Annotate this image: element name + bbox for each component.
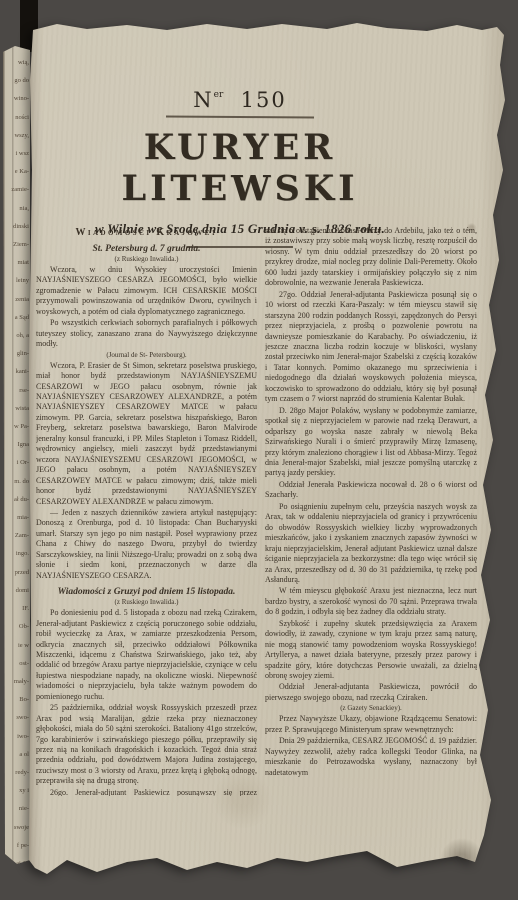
body-paragraph: Dnia 29 października, CESARZ JEGOMOŚĆ d.…: [265, 736, 477, 778]
body-paragraph: 25 października, oddział woysk Rossyyski…: [36, 703, 257, 787]
edge-fragment: wszy,: [5, 127, 29, 145]
edge-fragment: leiny: [5, 272, 29, 290]
edge-fragment: swoje: [5, 819, 29, 837]
body-paragraph: — Jeden z naszych dzienników zawiera art…: [36, 508, 257, 581]
edge-fragment: ingo.: [5, 545, 29, 563]
edge-fragment: m. do: [5, 473, 29, 491]
body-paragraph: D. 28go Major Polaków, wysłany w podobny…: [265, 406, 477, 479]
edge-fragment: wista: [5, 400, 29, 418]
section-heading: Wiadomości Krajowe:: [36, 227, 257, 238]
underlying-page-edge: wią,go dowino-nościwszy,i wsze Ka-zamie-…: [3, 46, 30, 864]
edge-fragment: glin-: [5, 345, 29, 363]
edge-fragment: go do: [5, 72, 29, 90]
edge-fragment: wią,: [5, 54, 29, 72]
edge-fragment: iwo-: [5, 728, 29, 746]
edge-fragment: IF.: [5, 600, 29, 618]
edge-fragment: zamie-: [5, 181, 29, 199]
issue-number: Ner 150: [27, 88, 453, 112]
edge-fragment: rse-: [5, 382, 29, 400]
columns-container: Wiadomości Krajowe:St. Petersburg d. 7 g…: [36, 226, 477, 796]
issue-superscript: er: [214, 90, 224, 100]
body-paragraph: Oddział Jenerał-adjutanta Paskiewicza, p…: [265, 682, 477, 703]
body-paragraph: nał się o odstąpieniu Abbasa-Mirzy do Ar…: [265, 226, 477, 289]
edge-fragment: f pe-: [5, 837, 29, 855]
divider-rule: [166, 115, 314, 118]
edge-fragment: wino-: [5, 90, 29, 108]
body-paragraph: Szybkość i zupełny skutek przedsięwzięci…: [265, 619, 477, 682]
body-paragraph: Po wszystkich cerkwiach sobornych parafi…: [36, 318, 257, 349]
masthead: Ner 150 KURYER LITEWSKI w Wilnie we Srod…: [27, 88, 453, 248]
body-paragraph: 26go. Jenerał-adjutant Paskiewicz posuną…: [36, 788, 257, 796]
body-paragraph: Po osiągnieniu zupełnym celu, przeyścia …: [265, 502, 477, 586]
photo-background: wią,go dowino-nościwszy,i wsze Ka-zamie-…: [0, 0, 518, 900]
right-column: nał się o odstąpieniu Abbasa-Mirzy do Ar…: [265, 226, 477, 796]
edge-fragment: miat: [5, 254, 29, 272]
edge-fragment: dinski: [5, 218, 29, 236]
edge-fragment: ost-: [5, 655, 29, 673]
body-paragraph: Oddział Jenerała Paskiewicza nocował d. …: [265, 480, 477, 501]
edge-fragment: ie w: [5, 637, 29, 655]
newspaper-page-wrap: Ner 150 KURYER LITEWSKI w Wilnie we Srod…: [27, 20, 507, 888]
edge-fragment: Ob-: [5, 618, 29, 636]
newspaper-page: Ner 150 KURYER LITEWSKI w Wilnie we Srod…: [27, 20, 505, 886]
body-paragraph: Przez Naywyższe Ukazy, objawione Rządząc…: [265, 714, 477, 735]
edge-fragment: Igna: [5, 436, 29, 454]
edge-fragment: e Ka-: [5, 163, 29, 181]
edge-fragment: i wsz: [5, 145, 29, 163]
edge-fragment: xy i: [5, 782, 29, 800]
edge-fragment: Bo-: [5, 691, 29, 709]
body-paragraph: Po doniesieniu pod d. 5 listopada z oboz…: [36, 608, 257, 702]
source-attribution: (z Ruskiego Inwalida.): [36, 255, 257, 263]
edge-fragment: w Pa-: [5, 418, 29, 436]
issue-value: 150: [241, 88, 287, 112]
edge-fragment: ności: [5, 109, 29, 127]
source-attribution: (z Gazety Senackiey).: [265, 704, 477, 712]
edge-fragment: zenia: [5, 291, 29, 309]
edge-fragment: a Sąd: [5, 309, 29, 327]
article-heading: Wiadomości z Gruzyi pod dniem 15 listopa…: [36, 587, 257, 597]
edge-text-fragments: wią,go dowino-nościwszy,i wsze Ka-zamie-…: [5, 54, 29, 864]
edge-fragment: mały-: [5, 673, 29, 691]
newspaper-title: KURYER LITEWSKI: [27, 127, 453, 209]
edge-fragment: i Or-: [5, 454, 29, 472]
article-place-date: St. Petersburg d. 7 grudnia.: [36, 244, 257, 254]
body-paragraph: Wczora, w dniu Wysokiey uroczystości Imi…: [36, 265, 257, 317]
edge-fragment: a ol: [5, 746, 29, 764]
issue-prefix: N: [193, 88, 213, 112]
edge-fragment: ał du-: [5, 491, 29, 509]
edge-fragment: redy-: [5, 764, 29, 782]
edge-fragment: kani-: [5, 363, 29, 381]
edge-fragment: oh, a: [5, 327, 29, 345]
edge-fragment: ai 18: [5, 855, 29, 864]
left-column: Wiadomości Krajowe:St. Petersburg d. 7 g…: [36, 226, 257, 796]
edge-fragment: Ziem-: [5, 236, 29, 254]
body-paragraph: 27go. Oddział Jenerał-adjutanta Paskiewi…: [265, 290, 477, 405]
body-paragraph: W tém mieyscu głębokość Araxu jest niezn…: [265, 586, 477, 617]
source-attribution: (Journal de St- Petersbourg).: [36, 351, 257, 359]
body-paragraph: Wczora, P. Erasier de St Simon, sekretar…: [36, 361, 257, 507]
source-attribution: (z Ruskiego Inwalida.): [36, 598, 257, 606]
edge-fragment: nia,: [5, 200, 29, 218]
edge-fragment: Zam-: [5, 527, 29, 545]
edge-fragment: nie-: [5, 800, 29, 818]
edge-fragment: mia-: [5, 509, 29, 527]
edge-fragment: przed: [5, 564, 29, 582]
edge-fragment: swo-: [5, 709, 29, 727]
edge-fragment: domi: [5, 582, 29, 600]
